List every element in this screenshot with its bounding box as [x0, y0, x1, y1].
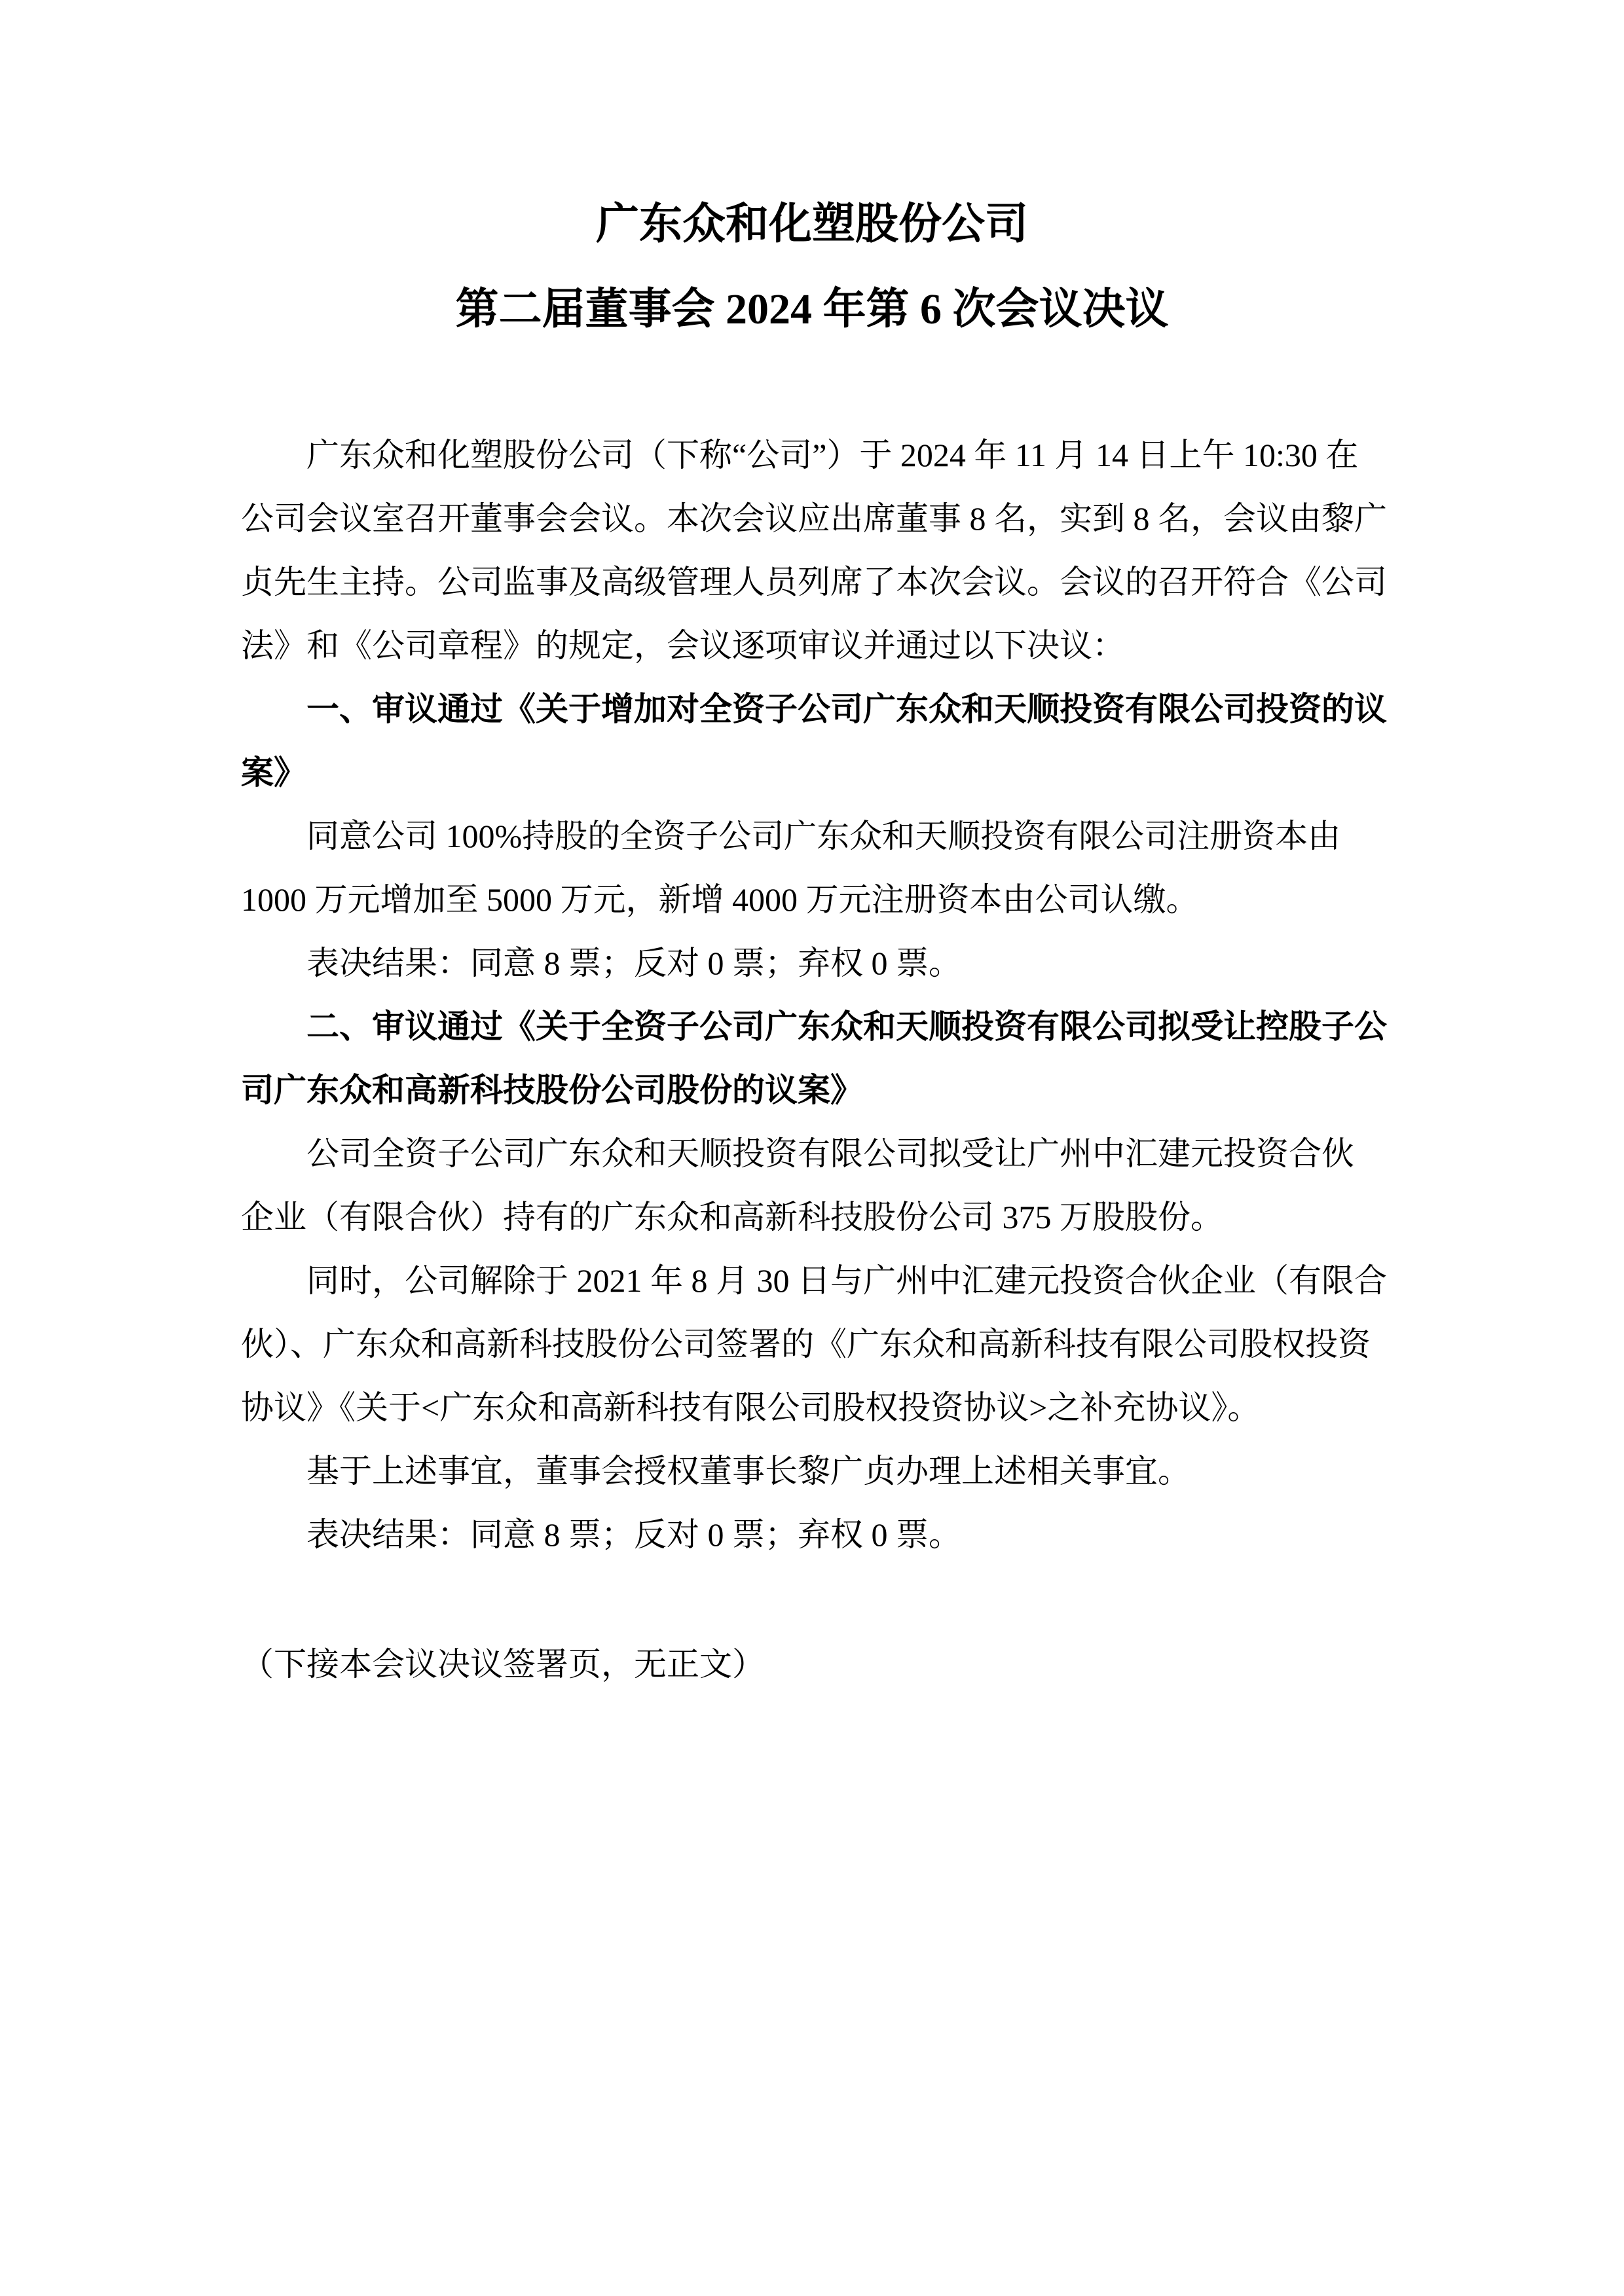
continuation-note-line: （下接本会议决议签署页，无正文）: [241, 1633, 1383, 1696]
resolution-1-heading-line: 案》: [241, 741, 1383, 805]
resolution-2-detail-2-line: 协议》《关于<广东众和高新科技有限公司股权投资协议>之补充协议》。: [241, 1376, 1383, 1440]
document-body: 广东众和化塑股份公司（下称“公司”）于 2024 年 11 月 14 日上午 1…: [241, 424, 1383, 1567]
resolution-2-vote-line: 表决结果：同意 8 票；反对 0 票；弃权 0 票。: [241, 1503, 1383, 1567]
resolution-1-heading-line: 一、审议通过《关于增加对全资子公司广东众和天顺投资有限公司投资的议: [241, 678, 1383, 741]
intro-line: 贞先生主持。公司监事及高级管理人员列席了本次会议。会议的召开符合《公司: [241, 551, 1383, 614]
document-page: 广东众和化塑股份公司 第二届董事会 2024 年第 6 次会议决议 广东众和化塑…: [0, 0, 1624, 2296]
resolution-1-vote-result: 表决结果：同意 8 票；反对 0 票；弃权 0 票。: [241, 932, 1383, 995]
resolution-1-detail-line: 1000 万元增加至 5000 万元，新增 4000 万元注册资本由公司认缴。: [241, 868, 1383, 932]
resolution-2-vote-result: 表决结果：同意 8 票；反对 0 票；弃权 0 票。: [241, 1503, 1383, 1567]
resolution-1-heading: 一、审议通过《关于增加对全资子公司广东众和天顺投资有限公司投资的议 案》: [241, 678, 1383, 805]
document-title-line-1: 广东众和化塑股份公司: [241, 182, 1383, 267]
intro-line: 法》和《公司章程》的规定，会议逐项审议并通过以下决议：: [241, 614, 1383, 678]
resolution-2-authorization: 基于上述事宜，董事会授权董事长黎广贞办理上述相关事宜。: [241, 1440, 1383, 1503]
resolution-2-detail-2-line: 同时，公司解除于 2021 年 8 月 30 日与广州中汇建元投资合伙企业（有限…: [241, 1249, 1383, 1313]
resolution-1-vote-line: 表决结果：同意 8 票；反对 0 票；弃权 0 票。: [241, 932, 1383, 995]
continuation-note: （下接本会议决议签署页，无正文）: [241, 1633, 1383, 1696]
resolution-2-heading-line: 司广东众和高新科技股份公司股份的议案》: [241, 1059, 1383, 1122]
resolution-2-detail-2: 同时，公司解除于 2021 年 8 月 30 日与广州中汇建元投资合伙企业（有限…: [241, 1249, 1383, 1440]
intro-paragraph: 广东众和化塑股份公司（下称“公司”）于 2024 年 11 月 14 日上午 1…: [241, 424, 1383, 678]
resolution-2-detail-1-line: 企业（有限合伙）持有的广东众和高新科技股份公司 375 万股股份。: [241, 1186, 1383, 1249]
resolution-2-heading-line: 二、审议通过《关于全资子公司广东众和天顺投资有限公司拟受让控股子公: [241, 995, 1383, 1059]
resolution-2-detail-2-line: 伙）、广东众和高新科技股份公司签署的《广东众和高新科技有限公司股权投资: [241, 1313, 1383, 1376]
resolution-2-heading: 二、审议通过《关于全资子公司广东众和天顺投资有限公司拟受让控股子公 司广东众和高…: [241, 995, 1383, 1122]
resolution-2-detail-1: 公司全资子公司广东众和天顺投资有限公司拟受让广州中汇建元投资合伙 企业（有限合伙…: [241, 1122, 1383, 1249]
resolution-1-detail-line: 同意公司 100%持股的全资子公司广东众和天顺投资有限公司注册资本由: [241, 805, 1383, 868]
resolution-2-authorization-line: 基于上述事宜，董事会授权董事长黎广贞办理上述相关事宜。: [241, 1440, 1383, 1503]
intro-line: 广东众和化塑股份公司（下称“公司”）于 2024 年 11 月 14 日上午 1…: [241, 424, 1383, 487]
intro-line: 公司会议室召开董事会会议。本次会议应出席董事 8 名，实到 8 名，会议由黎广: [241, 487, 1383, 551]
document-title-line-2: 第二届董事会 2024 年第 6 次会议决议: [241, 267, 1383, 352]
resolution-1-detail: 同意公司 100%持股的全资子公司广东众和天顺投资有限公司注册资本由 1000 …: [241, 805, 1383, 932]
resolution-2-detail-1-line: 公司全资子公司广东众和天顺投资有限公司拟受让广州中汇建元投资合伙: [241, 1122, 1383, 1186]
